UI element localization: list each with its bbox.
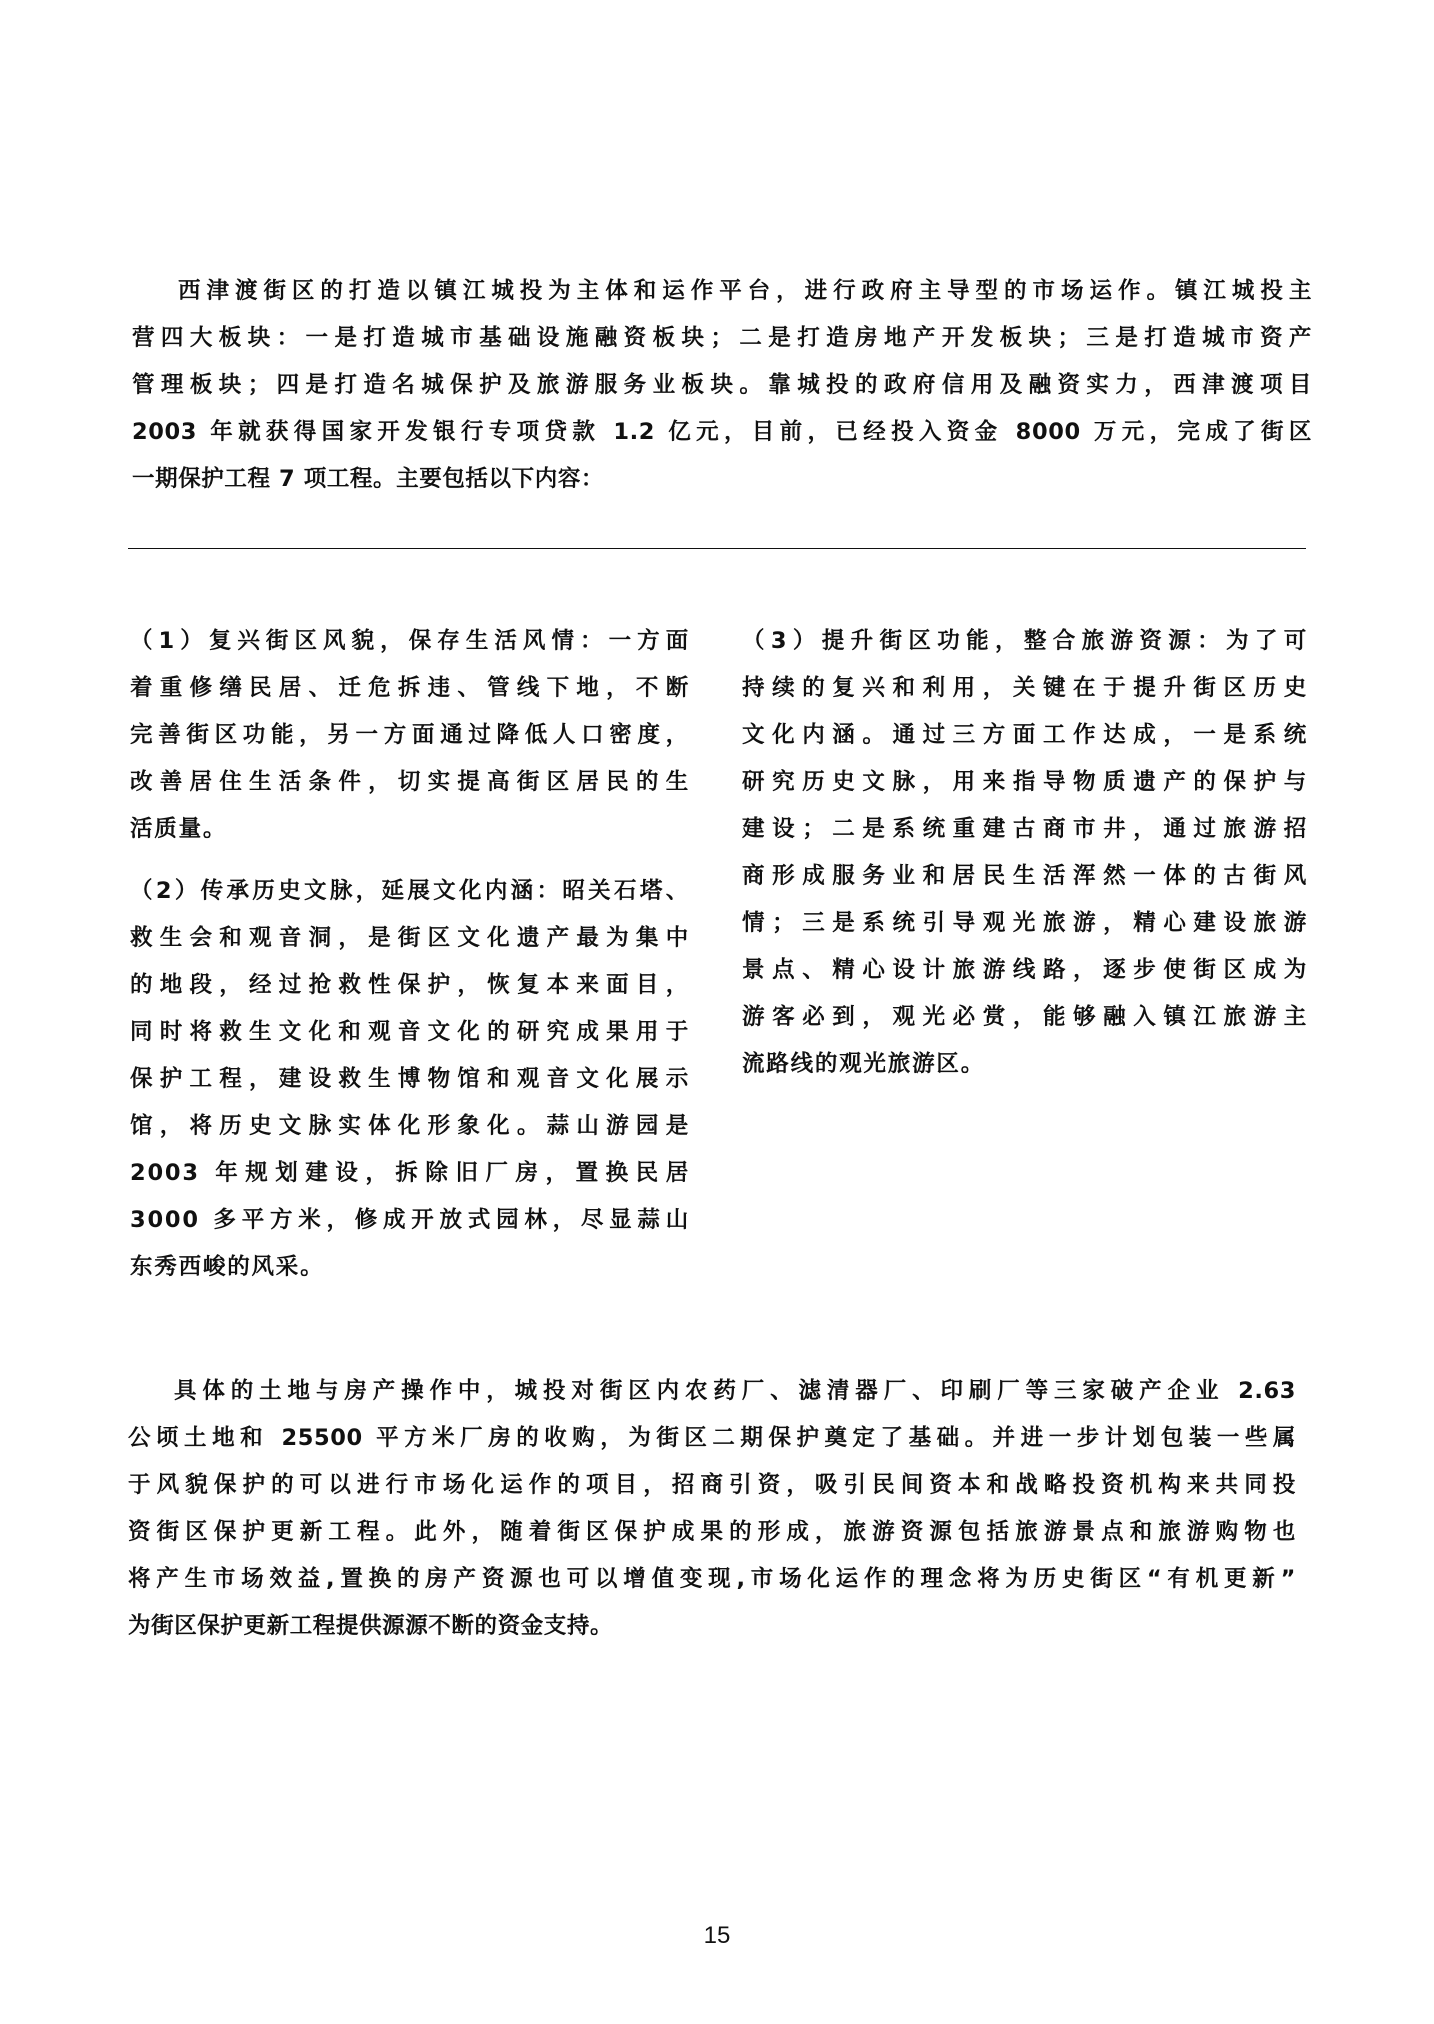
item-3-paragraph: （3）提升街区功能，整合旅游资源：为了可 持续的复兴和利用，关键在于提升街区历史…	[742, 618, 1308, 1088]
text-line: 研究历史文脉，用来指导物质遗产的保护与	[742, 759, 1308, 806]
text-line: 同时将救生文化和观音文化的研究成果用于	[130, 1009, 690, 1056]
text-line: 3000 多平方米，修成开放式园林，尽显蒜山	[130, 1197, 690, 1244]
page-number: 15	[0, 1922, 1434, 1950]
text-line: 2003 年规划建设，拆除旧厂房，置换民居	[130, 1150, 690, 1197]
text-line: 于风貌保护的可以进行市场化运作的项目，招商引资，吸引民间资本和战略投资机构来共同…	[128, 1462, 1296, 1509]
text-line: 流路线的观光旅游区。	[742, 1041, 1308, 1088]
text-line: 的地段，经过抢救性保护，恢复本来面目，	[130, 962, 690, 1009]
right-column: （3）提升街区功能，整合旅游资源：为了可 持续的复兴和利用，关键在于提升街区历史…	[742, 618, 1308, 1088]
text-line: 情；三是系统引导观光旅游，精心建设旅游	[742, 900, 1308, 947]
left-column: （1）复兴街区风貌，保存生活风情：一方面 着重修缮民居、迁危拆违、管线下地，不断…	[130, 618, 690, 1291]
text-line: 救生会和观音洞，是街区文化遗产最为集中	[130, 915, 690, 962]
text-line: 营四大板块：一是打造城市基础设施融资板块；二是打造房地产开发板块；三是打造城市资…	[132, 315, 1312, 362]
text-line: 保护工程，建设救生博物馆和观音文化展示	[130, 1056, 690, 1103]
text-line: 馆，将历史文脉实体化形象化。蒜山游园是	[130, 1103, 690, 1150]
text-line: 着重修缮民居、迁危拆违、管线下地，不断	[130, 665, 690, 712]
text-line: （1）复兴街区风貌，保存生活风情：一方面	[130, 618, 690, 665]
text-line: 具体的土地与房产操作中，城投对街区内农药厂、滤清器厂、印刷厂等三家破产企业 2.…	[128, 1368, 1296, 1415]
text-line: 2003 年就获得国家开发银行专项贷款 1.2 亿元，目前，已经投入资金 800…	[132, 409, 1312, 456]
text-line: 将产生市场效益,置换的房产资源也可以增值变现,市场化运作的理念将为历史街区“有机…	[128, 1556, 1296, 1603]
intro-paragraph: 西津渡街区的打造以镇江城投为主体和运作平台，进行政府主导型的市场运作。镇江城投主…	[132, 268, 1312, 503]
text-line: 景点、精心设计旅游线路，逐步使街区成为	[742, 947, 1308, 994]
text-line: 完善街区功能，另一方面通过降低人口密度，	[130, 712, 690, 759]
text-line: 文化内涵。通过三方面工作达成，一是系统	[742, 712, 1308, 759]
text-line: 公顷土地和 25500 平方米厂房的收购，为街区二期保护奠定了基础。并进一步计划…	[128, 1415, 1296, 1462]
closing-paragraph: 具体的土地与房产操作中，城投对街区内农药厂、滤清器厂、印刷厂等三家破产企业 2.…	[128, 1368, 1296, 1650]
text-line: 为街区保护更新工程提供源源不断的资金支持。	[128, 1603, 1296, 1650]
text-line: （2）传承历史文脉，延展文化内涵：昭关石塔、	[130, 868, 690, 915]
text-line: 管理板块；四是打造名城保护及旅游服务业板块。靠城投的政府信用及融资实力，西津渡项…	[132, 362, 1312, 409]
text-line: 建设；二是系统重建古商市井，通过旅游招	[742, 806, 1308, 853]
document-page: 西津渡街区的打造以镇江城投为主体和运作平台，进行政府主导型的市场运作。镇江城投主…	[0, 0, 1434, 2024]
horizontal-divider	[128, 548, 1306, 549]
text-line: 东秀西峻的风采。	[130, 1244, 690, 1291]
text-line: 改善居住生活条件，切实提高街区居民的生	[130, 759, 690, 806]
text-line: 资街区保护更新工程。此外，随着街区保护成果的形成，旅游资源包括旅游景点和旅游购物…	[128, 1509, 1296, 1556]
item-2-paragraph: （2）传承历史文脉，延展文化内涵：昭关石塔、 救生会和观音洞，是街区文化遗产最为…	[130, 868, 690, 1291]
text-line: 活质量。	[130, 806, 690, 853]
paragraph-gap	[130, 853, 690, 868]
text-line: （3）提升街区功能，整合旅游资源：为了可	[742, 618, 1308, 665]
text-line: 持续的复兴和利用，关键在于提升街区历史	[742, 665, 1308, 712]
item-1-paragraph: （1）复兴街区风貌，保存生活风情：一方面 着重修缮民居、迁危拆违、管线下地，不断…	[130, 618, 690, 853]
text-line: 商形成服务业和居民生活浑然一体的古街风	[742, 853, 1308, 900]
text-line: 一期保护工程 7 项工程。主要包括以下内容：	[132, 456, 1312, 503]
text-line: 西津渡街区的打造以镇江城投为主体和运作平台，进行政府主导型的市场运作。镇江城投主	[132, 268, 1312, 315]
text-line: 游客必到，观光必赏，能够融入镇江旅游主	[742, 994, 1308, 1041]
